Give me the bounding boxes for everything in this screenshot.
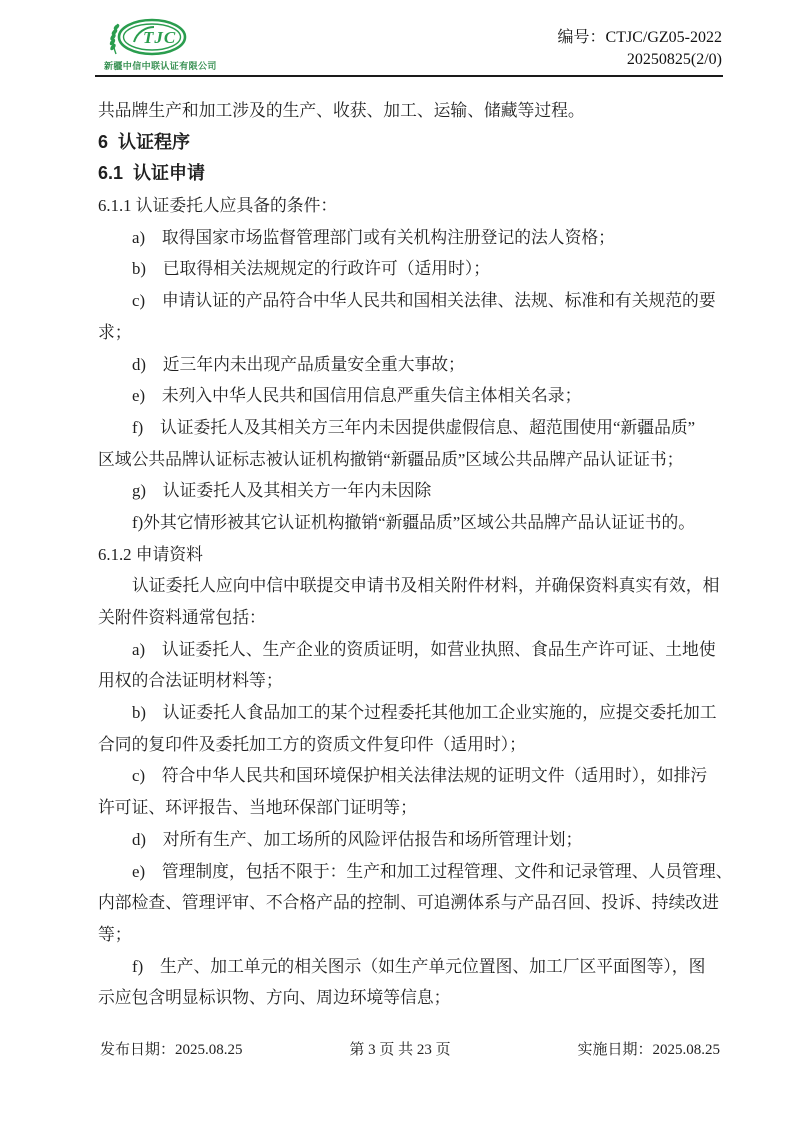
text-line: d) 对所有生产、加工场所的风险评估报告和场所管理计划；: [98, 824, 738, 856]
text-line: 6.1 认证申请: [98, 158, 738, 190]
page-header: TJC 新疆中信中联认证有限公司 编号：CTJC/GZ05-2022 20250…: [0, 0, 800, 78]
logo-letters: TJC: [143, 28, 176, 47]
ctjc-logo-icon: TJC: [104, 18, 190, 58]
text-line: 6.1.1 认证委托人应具备的条件：: [98, 190, 738, 222]
text-line: 等；: [98, 919, 738, 951]
text-line: b) 已取得相关法规规定的行政许可（适用时）；: [98, 253, 738, 285]
ctjc-logo: TJC 新疆中信中联认证有限公司: [104, 18, 224, 72]
text-line: d) 近三年内未出现产品质量安全重大事故；: [98, 349, 738, 381]
text-line: c) 符合中华人民共和国环境保护相关法律法规的证明文件（适用时），如排污: [98, 760, 738, 792]
text-line: 求；: [98, 317, 738, 349]
header-divider: [95, 75, 723, 77]
doc-number-value: CTJC/GZ05-2022: [606, 29, 722, 46]
text-line: a) 取得国家市场监督管理部门或有关机构注册登记的法人资格；: [98, 222, 738, 254]
text-line: a) 认证委托人、生产企业的资质证明，如营业执照、食品生产许可证、土地使: [98, 634, 738, 666]
text-line: 关附件资料通常包括：: [98, 602, 738, 634]
text-line: 6.1.2 申请资料: [98, 539, 738, 571]
implement-date: 实施日期：2025.08.25: [577, 1038, 720, 1062]
text-line: b) 认证委托人食品加工的某个过程委托其他加工企业实施的，应提交委托加工: [98, 697, 738, 729]
text-line: 内部检查、管理评审、不合格产品的控制、可追溯体系与产品召回、投诉、持续改进: [98, 887, 738, 919]
text-line: f) 认证委托人及其相关方三年内未因提供虚假信息、超范围使用“新疆品质”: [98, 412, 738, 444]
doc-meta: 编号：CTJC/GZ05-2022 20250825(2/0): [558, 27, 722, 71]
text-line: f) 生产、加工单元的相关图示（如生产单元位置图、加工厂区平面图等），图: [98, 951, 738, 983]
doc-number-label: 编号：: [558, 29, 606, 46]
page-footer: 发布日期：2025.08.25 第 3 页 共 23 页 实施日期：2025.0…: [0, 1038, 800, 1062]
doc-revision: 20250825(2/0): [558, 49, 722, 71]
text-line: 认证委托人应向中信中联提交申请书及相关附件材料，并确保资料真实有效，相: [98, 570, 738, 602]
doc-number-line: 编号：CTJC/GZ05-2022: [558, 27, 722, 49]
text-line: 合同的复印件及委托加工方的资质文件复印件（适用时）；: [98, 729, 738, 761]
text-line: e) 未列入中华人民共和国信用信息严重失信主体相关名录；: [98, 380, 738, 412]
text-line: f)外其它情形被其它认证机构撤销“新疆品质”区域公共品牌产品认证证书的。: [98, 507, 738, 539]
text-line: 用权的合法证明材料等；: [98, 665, 738, 697]
document-page: TJC 新疆中信中联认证有限公司 编号：CTJC/GZ05-2022 20250…: [0, 0, 800, 1130]
text-line: 共品牌生产和加工涉及的生产、收获、加工、运输、储藏等过程。: [98, 95, 738, 127]
document-body: 共品牌生产和加工涉及的生产、收获、加工、运输、储藏等过程。6 认证程序6.1 认…: [98, 95, 738, 1014]
text-line: 许可证、环评报告、当地环保部门证明等；: [98, 792, 738, 824]
company-name: 新疆中信中联认证有限公司: [104, 59, 224, 72]
text-line: c) 申请认证的产品符合中华人民共和国相关法律、法规、标准和有关规范的要: [98, 285, 738, 317]
text-line: e) 管理制度，包括不限于：生产和加工过程管理、文件和记录管理、人员管理、: [98, 856, 738, 888]
text-line: 6 认证程序: [98, 127, 738, 159]
text-line: 区域公共品牌认证标志被认证机构撤销“新疆品质”区域公共品牌产品认证证书；: [98, 444, 738, 476]
text-line: 示应包含明显标识物、方向、周边环境等信息；: [98, 982, 738, 1014]
text-line: g) 认证委托人及其相关方一年内未因除: [98, 475, 738, 507]
